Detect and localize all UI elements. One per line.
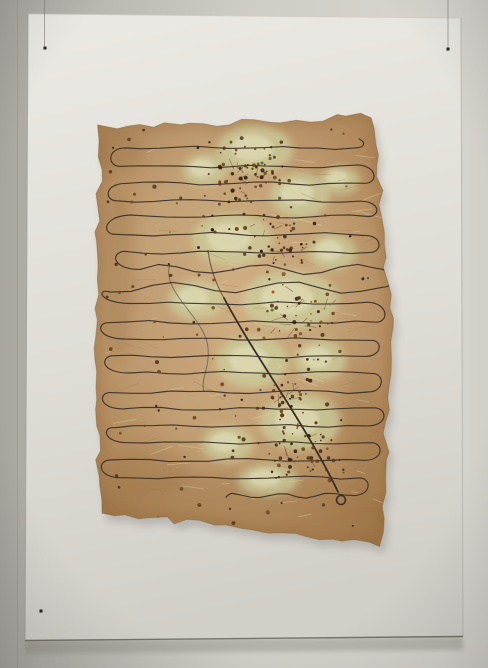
- photo-vignette: [0, 0, 488, 668]
- artwork-photo: [0, 0, 488, 668]
- gallery-photograph: [0, 0, 488, 668]
